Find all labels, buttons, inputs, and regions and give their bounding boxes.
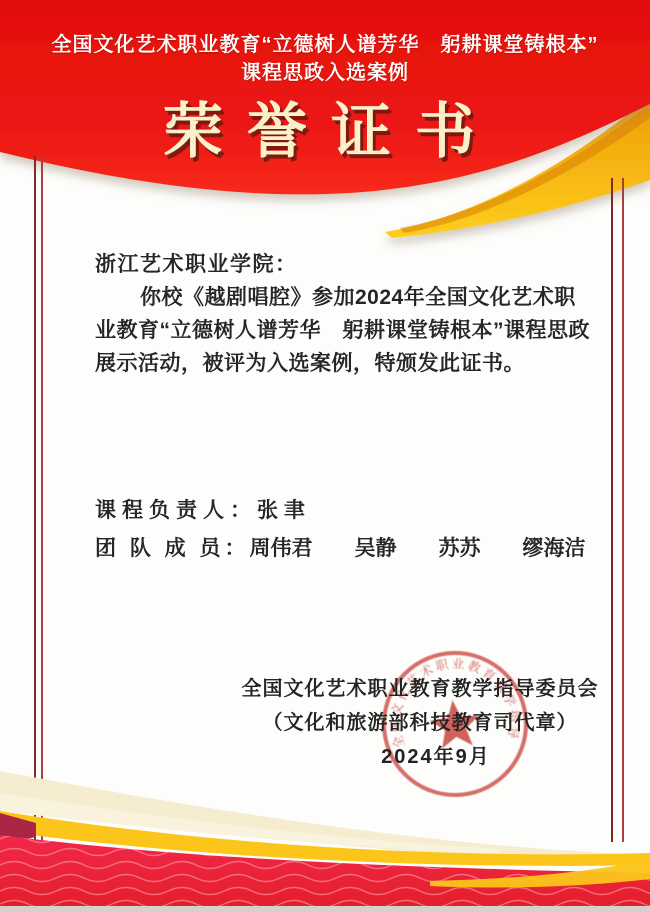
- recipient-name: 浙江艺术职业学院：: [95, 248, 298, 278]
- issuer-name: 全国文化艺术职业教育教学指导委员会: [190, 672, 650, 706]
- citation-line-3: 展示活动，被评为入选案例，特颁发此证书。: [95, 347, 573, 380]
- team-members-label: 团 队 成 员：: [95, 537, 250, 560]
- border-rule-left-inner: [41, 156, 43, 844]
- header-program-line2: 课程思政入选案例: [0, 56, 650, 85]
- issue-date: 2024年9月: [222, 740, 650, 774]
- photo-edge-strip: [0, 906, 650, 912]
- header-program-line1: 全国文化艺术职业教育“立德树人谱芳华 躬耕课堂铸根本”: [0, 28, 650, 57]
- border-rule-left-outer: [34, 156, 36, 844]
- citation-line-2: 业教育“立德树人谱芳华 躬耕课堂铸根本”课程思政: [95, 314, 573, 347]
- certificate-title: 荣誉证书: [0, 84, 650, 170]
- citation-paragraph: 你校《越剧唱腔》参加2024年全国文化艺术职 业教育“立德树人谱芳华 躬耕课堂铸…: [95, 281, 573, 380]
- team-members-row: 团 队 成 员：周伟君 吴静 苏苏 缪海洁: [95, 532, 586, 562]
- course-leader-label: 课程负责人：: [95, 499, 257, 522]
- footer-red-band-waves: [0, 835, 650, 906]
- issuer-authorization: （文化和旅游部科技教育司代章）: [190, 706, 650, 740]
- team-members-names: 周伟君 吴静 苏苏 缪海洁: [250, 537, 586, 560]
- course-leader-row: 课程负责人：张 聿: [95, 494, 305, 524]
- issuer-block: 全国文化艺术职业教育教学指导委员会 （文化和旅游部科技教育司代章） 2024年9…: [190, 672, 650, 774]
- footer-art: [0, 767, 650, 912]
- course-leader-name: 张 聿: [257, 499, 305, 522]
- citation-line-1: 你校《越剧唱腔》参加2024年全国文化艺术职: [95, 281, 573, 314]
- certificate-photo: 全国文化艺术职业教育“立德树人谱芳华 躬耕课堂铸根本” 课程思政入选案例 荣誉证…: [0, 0, 650, 912]
